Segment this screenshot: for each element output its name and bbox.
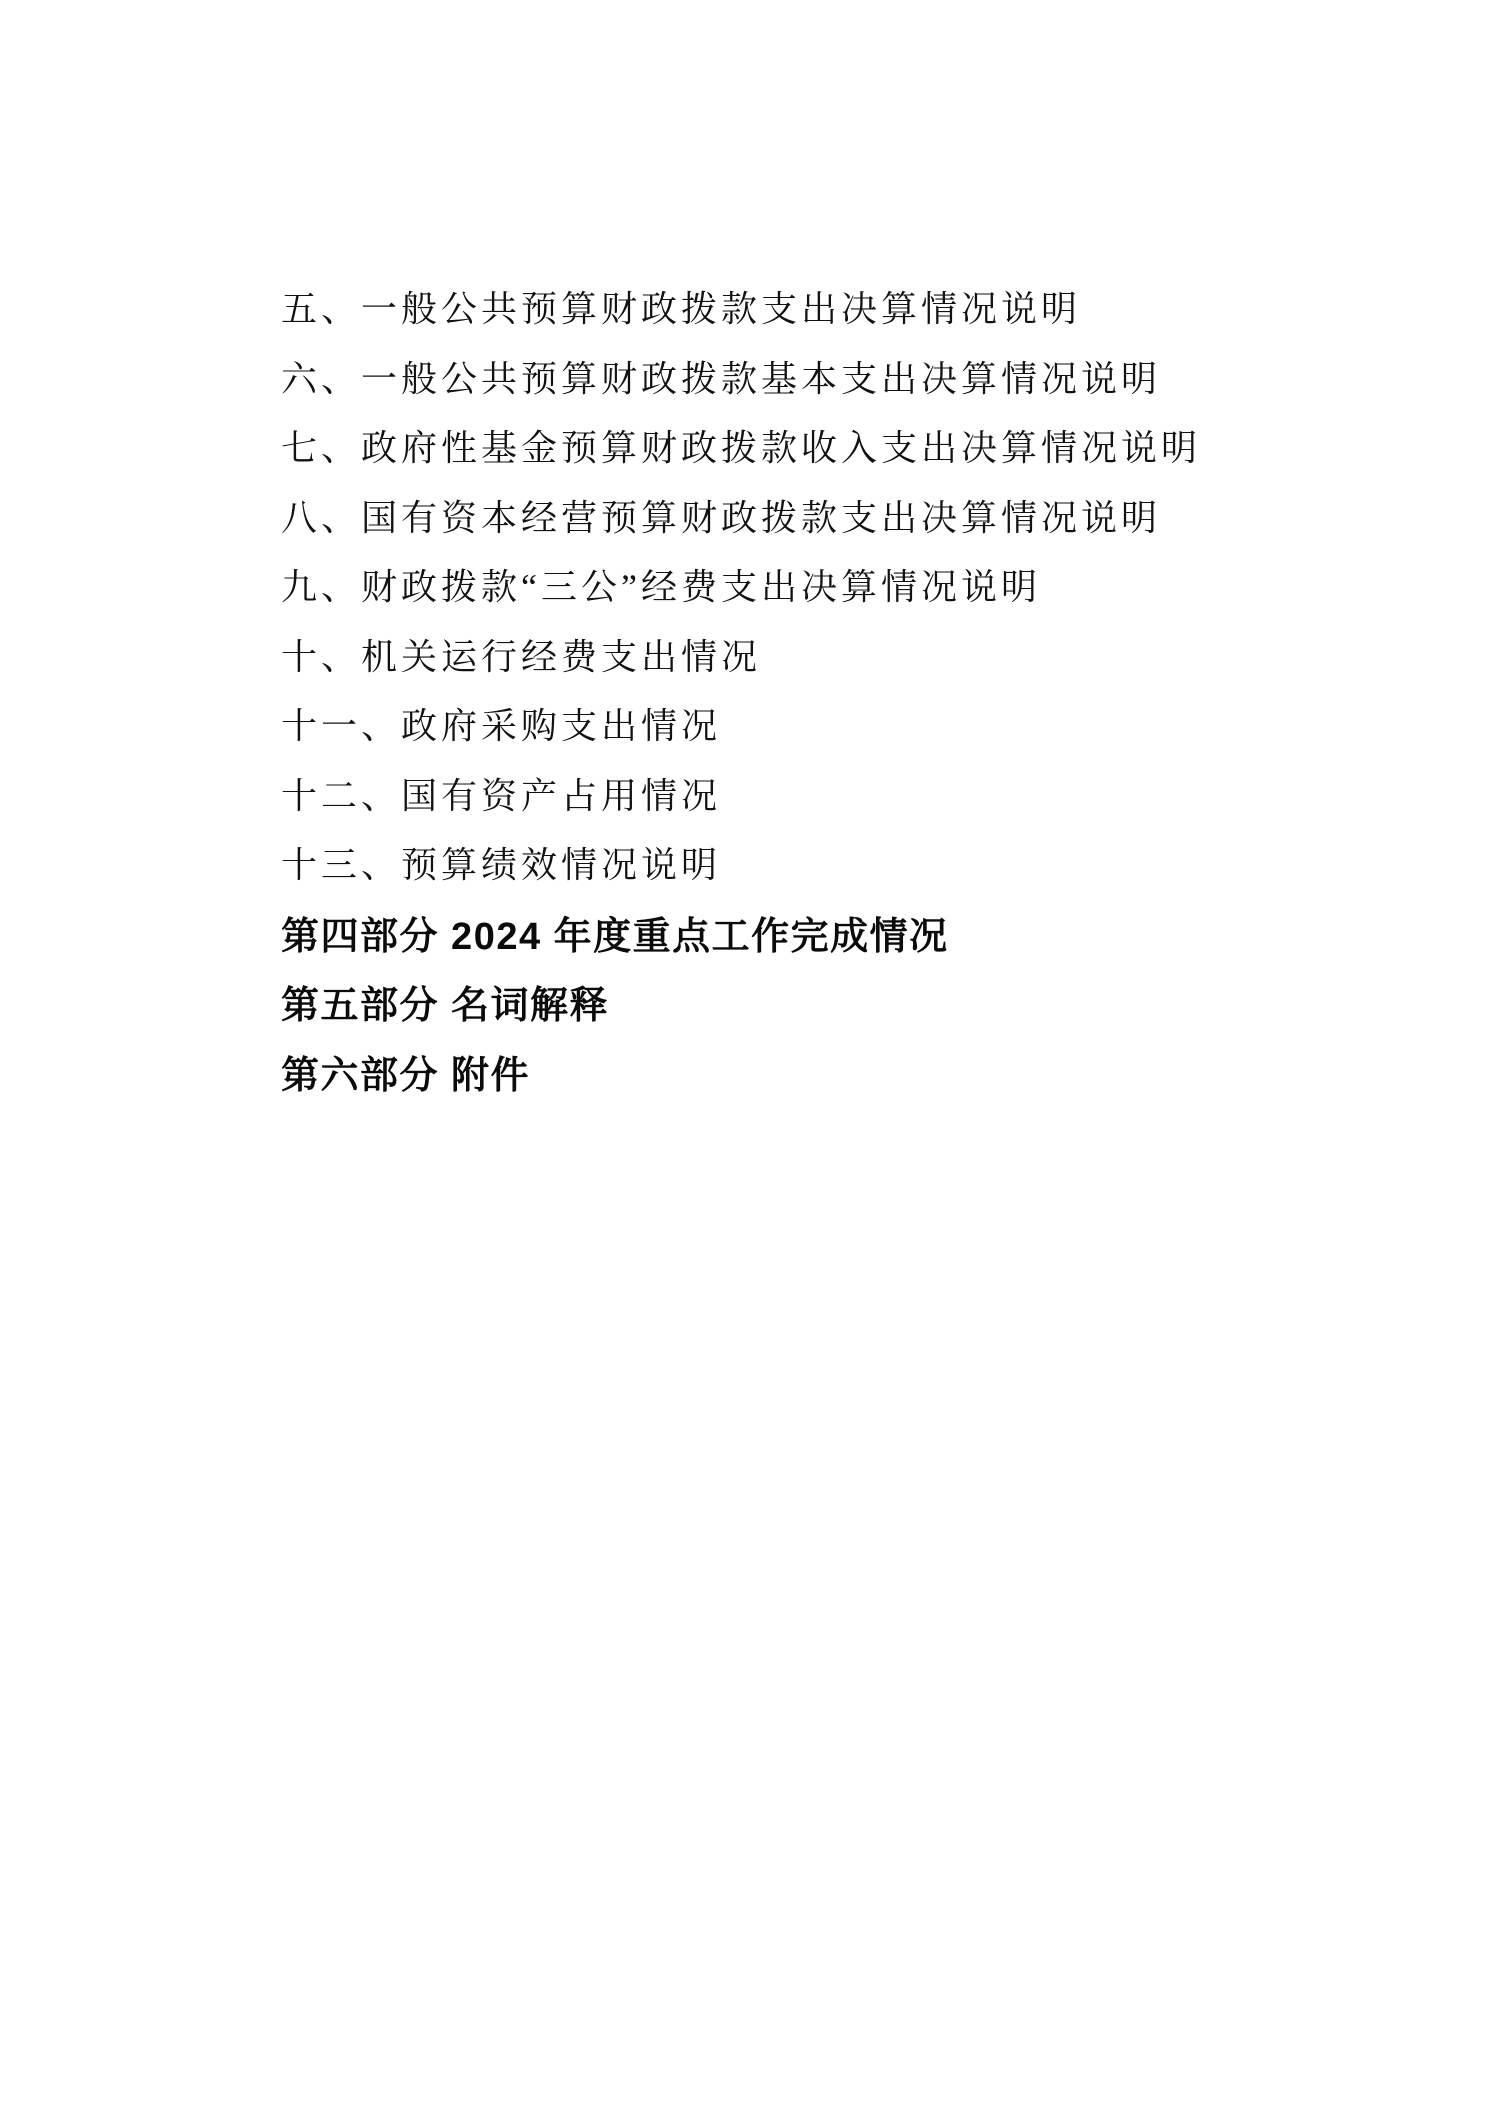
toc-item-6: 六、一般公共预算财政拨款基本支出决算情况说明 xyxy=(281,342,1386,412)
toc-item-7: 七、政府性基金预算财政拨款收入支出决算情况说明 xyxy=(281,411,1386,481)
toc-item-13: 十三、预算绩效情况说明 xyxy=(281,828,1386,898)
toc-part-6-heading: 第六部分 附件 xyxy=(281,1037,1386,1107)
toc-part-4-heading: 第四部分 2024 年度重点工作完成情况 xyxy=(281,898,1386,968)
document-page: 五、一般公共预算财政拨款支出决算情况说明 六、一般公共预算财政拨款基本支出决算情… xyxy=(0,0,1486,2103)
toc-part-5-heading: 第五部分 名词解释 xyxy=(281,967,1386,1037)
toc-item-5: 五、一般公共预算财政拨款支出决算情况说明 xyxy=(281,272,1386,342)
toc-list: 五、一般公共预算财政拨款支出决算情况说明 六、一般公共预算财政拨款基本支出决算情… xyxy=(281,272,1386,1106)
toc-item-8: 八、国有资本经营预算财政拨款支出决算情况说明 xyxy=(281,481,1386,551)
toc-item-12: 十二、国有资产占用情况 xyxy=(281,759,1386,829)
toc-item-9: 九、财政拨款“三公”经费支出决算情况说明 xyxy=(281,550,1386,620)
toc-item-10: 十、机关运行经费支出情况 xyxy=(281,620,1386,690)
toc-item-11: 十一、政府采购支出情况 xyxy=(281,689,1386,759)
